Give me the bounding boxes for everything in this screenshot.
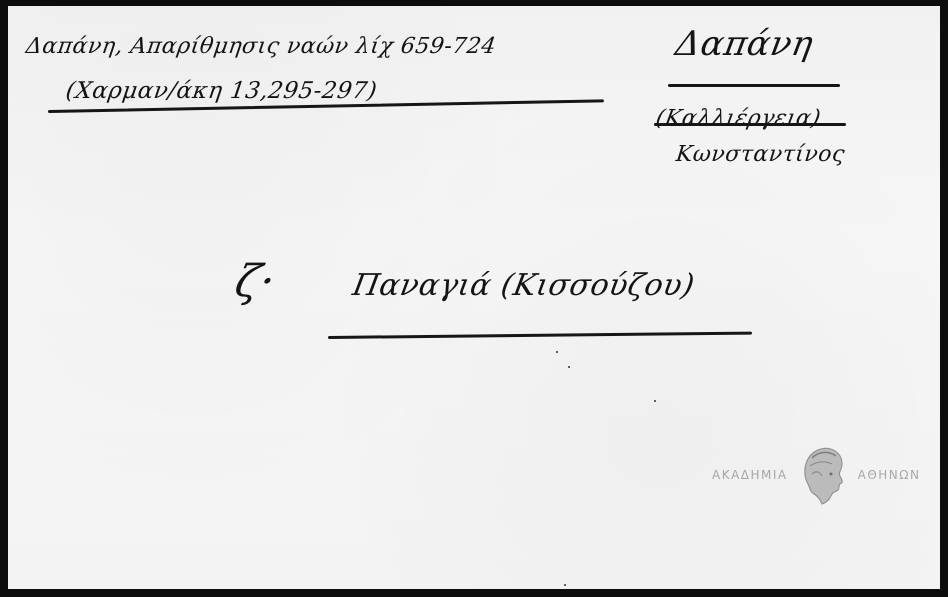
entry-prefix: ζ· [231,256,281,307]
strike-through-line [654,123,846,126]
ink-speck [556,351,558,353]
index-card: Δαπάνη, Απαρίθμησις ναών λίχ 659-724 (Χα… [8,6,940,589]
entry-title: Παναγιά (Κισσούζου) [350,268,697,303]
academy-watermark: ΑΚΑΔΗΜΙΑ ΑΘΗΝΩΝ [712,444,920,506]
ink-speck [568,366,570,368]
ink-speck [654,400,656,402]
reference-line-2: (Χαρμαν/άκη 13,295-297) [64,78,379,104]
struck-out-text: (Καλλιέργεια) [654,106,823,131]
replacement-text: Κωνσταντίνος [675,142,847,167]
place-heading: Δαπάνη [672,24,816,64]
place-underline [668,84,840,87]
entry-underline [328,332,752,339]
scan-frame: Δαπάνη, Απαρίθμησις ναών λίχ 659-724 (Χα… [0,0,948,597]
reference-line-1: Δαπάνη, Απαρίθμησις ναών λίχ 659-724 [24,34,497,59]
ink-speck [564,584,566,586]
athena-head-icon [798,444,848,506]
watermark-right-text: ΑΘΗΝΩΝ [858,468,921,482]
watermark-left-text: ΑΚΑΔΗΜΙΑ [712,468,788,482]
